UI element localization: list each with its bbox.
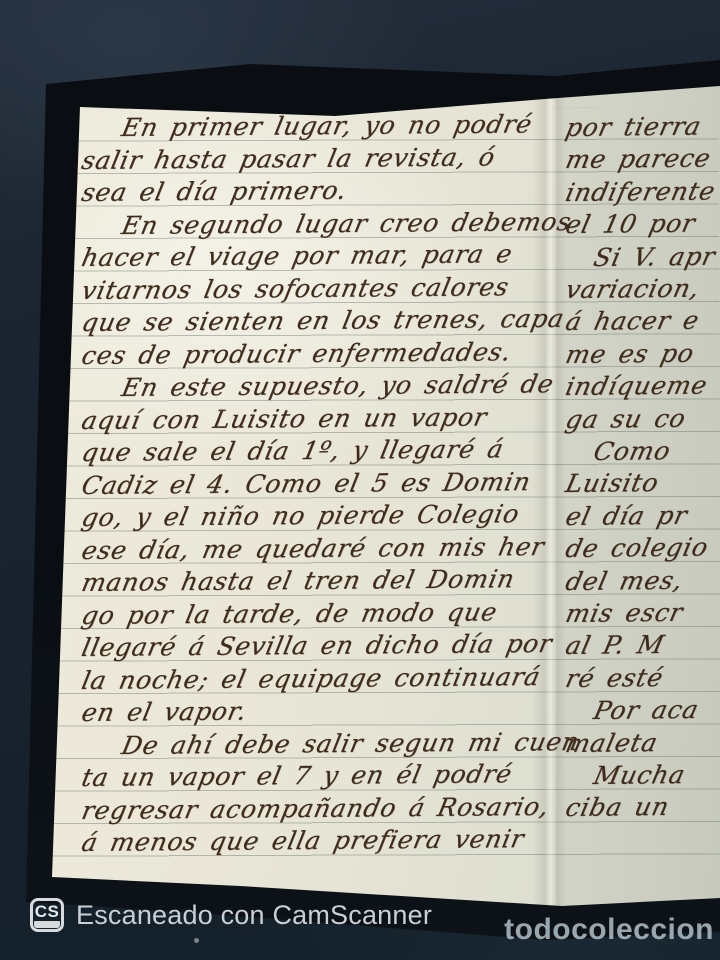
scanned-letter-photo: En primer lugar, yo no podrésalir hasta … — [0, 0, 720, 960]
camscanner-watermark-label: Escaneado con CamScanner — [76, 900, 432, 931]
handwriting-line: al P. M — [563, 631, 667, 660]
handwriting-line: variacion, — [563, 275, 702, 304]
handwriting-line: ciba un — [563, 793, 672, 822]
handwriting-line: salir hasta pasar la revista, ó — [79, 143, 498, 175]
handwriting-line: de colegio — [563, 534, 711, 563]
handwriting-line: me es po — [563, 339, 697, 368]
handwriting-line: llegaré á Sevilla en dicho día por — [79, 630, 555, 662]
camscanner-icon: CS — [30, 898, 64, 932]
handwriting-line: En este supuesto, yo saldré de — [119, 370, 556, 402]
handwriting-column-left: En primer lugar, yo no podrésalir hasta … — [82, 114, 552, 864]
handwriting-line: go por la tarde, de modo que — [79, 598, 500, 630]
handwriting-line: Mucha — [591, 761, 688, 790]
handwriting-line: del mes, — [563, 566, 686, 595]
handwriting-line: que se sienten en los trenes, capa — [79, 305, 567, 337]
handwriting-line: en el vapor. — [79, 698, 249, 727]
handwriting-line: manos hasta el tren del Domin — [79, 565, 517, 597]
handwriting-line: Por aca — [591, 696, 702, 725]
handwriting-line: ese día, me quedaré con mis her — [79, 532, 547, 564]
handwriting-line: hacer el viage por mar, para e — [79, 240, 515, 272]
handwriting-line: la noche; el equipage continuará — [79, 663, 543, 695]
handwriting-line: regresar acompañando á Rosario, — [79, 792, 552, 824]
letter-paper: En primer lugar, yo no podrésalir hasta … — [0, 0, 720, 960]
handwriting-line: á hacer e — [563, 307, 702, 336]
handwriting-line: indiferente — [563, 177, 718, 207]
camscanner-icon-letters: CS — [35, 901, 60, 922]
handwriting-line: go, y el niño no pierde Colegio — [79, 500, 522, 532]
handwriting-line: el 10 por — [563, 210, 698, 239]
handwriting-line: por tierra — [563, 113, 704, 142]
handwriting-line: Cadiz el 4. Como el 5 es Domin — [79, 468, 533, 500]
dust-speck — [582, 886, 585, 889]
handwriting-line: Si V. apr — [591, 242, 718, 271]
handwriting-line: que sale el día 1º, y llegaré á — [79, 435, 506, 467]
handwriting-line: ré esté — [563, 664, 666, 693]
handwriting-line: Como — [591, 437, 673, 466]
dust-speck — [194, 938, 199, 943]
handwriting-line: sea el día primero. — [79, 177, 349, 207]
handwriting-line: mis escr — [563, 599, 686, 628]
camscanner-watermark: CS Escaneado con CamScanner — [30, 898, 432, 932]
handwriting-column-right: por tierrame pareceindiferenteel 10 porS… — [566, 114, 720, 864]
handwriting-line: vitarnos los sofocantes calores — [79, 273, 511, 305]
handwriting-line: indíqueme — [563, 372, 710, 401]
handwriting-line: En segundo lugar creo debemos — [119, 208, 574, 240]
handwriting-line: De ahí debe salir segun mi cuen — [119, 728, 582, 760]
todocoleccion-watermark: todocoleccion — [504, 913, 714, 947]
handwriting-line: ga su co — [563, 404, 689, 433]
handwriting-line: maleta — [563, 729, 661, 758]
handwriting-line: el día pr — [563, 502, 690, 531]
handwriting-line: me parece — [563, 145, 714, 175]
handwriting-line: á menos que ella prefiera venir — [79, 825, 527, 857]
handwriting-line: aquí con Luisito en un vapor — [79, 403, 489, 435]
handwriting-line: ces de producir enfermedades. — [79, 338, 514, 370]
handwriting-line: Luisito — [563, 469, 662, 498]
handwriting-line: ta un vapor el 7 y en él podré — [79, 760, 515, 792]
